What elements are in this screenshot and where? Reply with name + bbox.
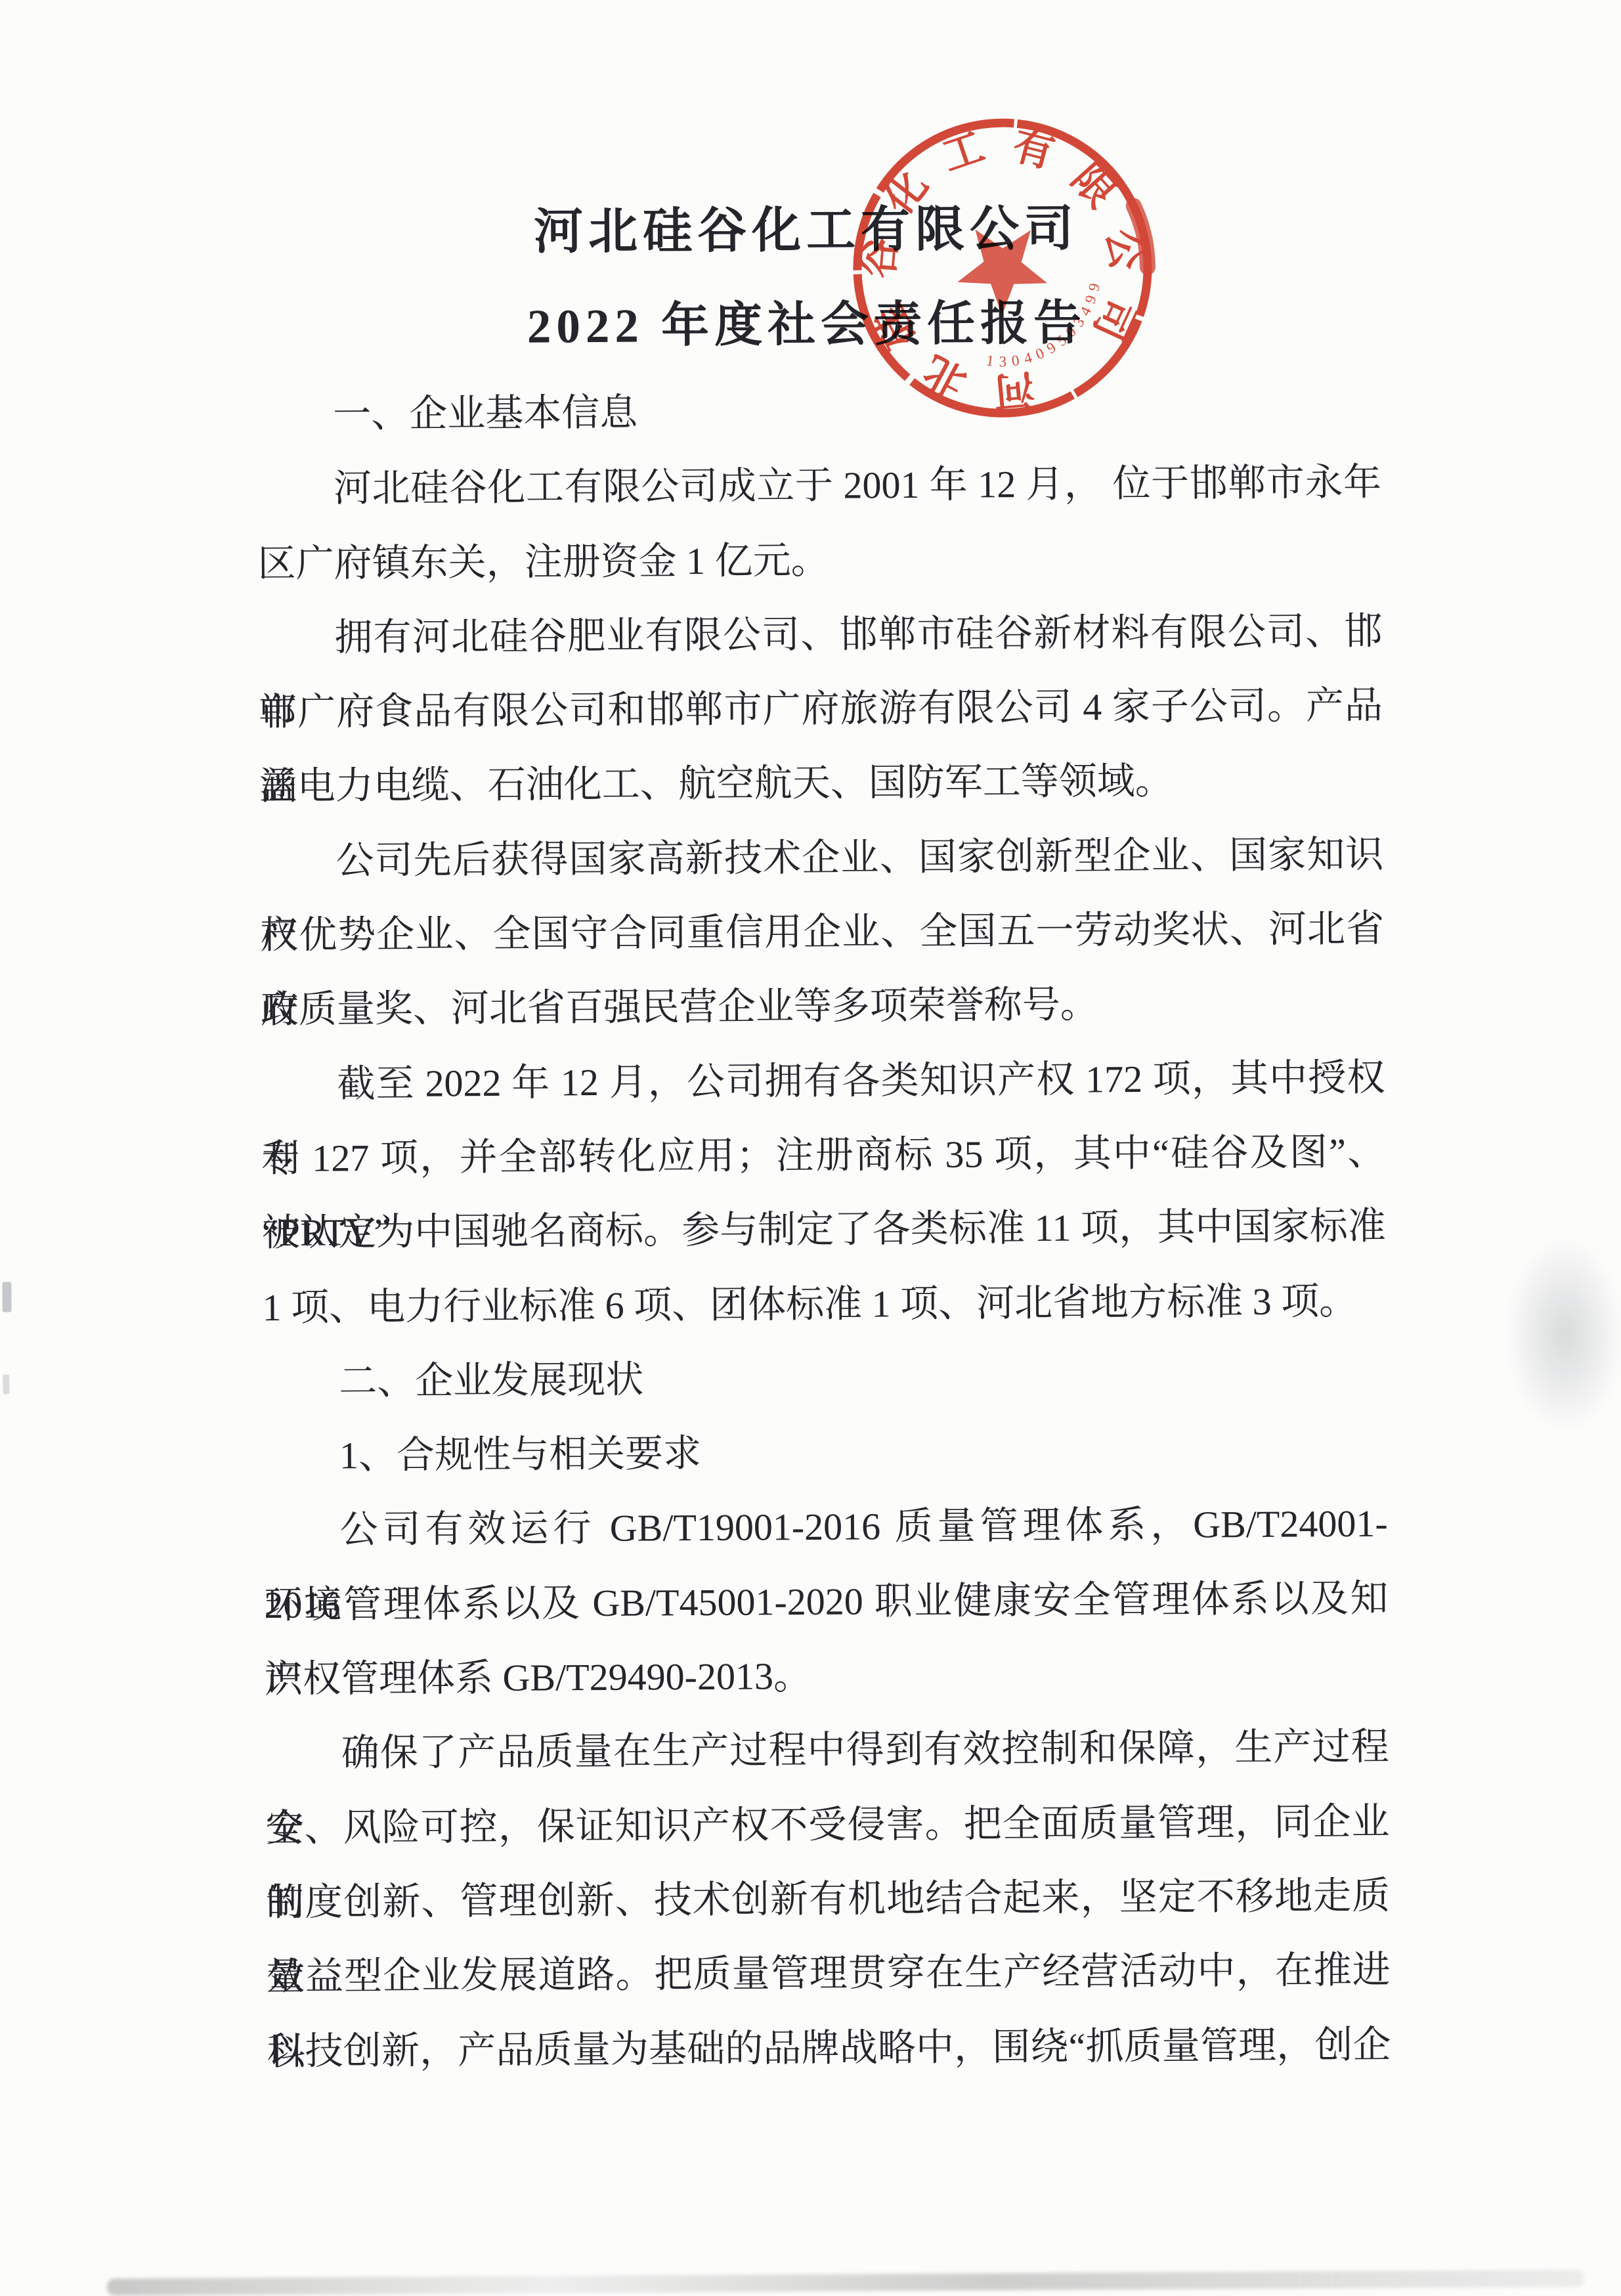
document-line: 制度创新、管理创新、技术创新有机地结合起来，坚定不移地走质量 (266, 1859, 1391, 1940)
seal-serial-digit: 1 (985, 352, 995, 369)
scan-artifact (3, 1374, 9, 1394)
seal-serial-digit: 4 (1022, 349, 1034, 367)
document-line: 确保了产品质量在生产过程中得到有效控制和保障，生产过程安 (265, 1710, 1389, 1791)
company-seal-stamp: 河北硅谷化工有限公司 130409503499 (831, 97, 1174, 440)
document-line: 区广府镇东关，注册资金 1 亿元。 (257, 519, 1382, 601)
section-heading: 一、企业基本信息 (257, 371, 1381, 452)
seal-serial-digit: 0 (1033, 345, 1047, 363)
seal-ring-char: 北 (917, 347, 974, 405)
scan-artifact (2, 1282, 11, 1312)
scan-artifact (1505, 1236, 1621, 1433)
seal-rotated-group: 河北硅谷化工有限公司 130409503499 (831, 97, 1174, 440)
document-line: 权优势企业、全国守合同重信用企业、全国五一劳动奖状、河北省政 (260, 892, 1385, 973)
document-line: 1 项、电力行业标准 6 项、团体标准 1 项、河北省地方标准 3 项。 (262, 1263, 1387, 1345)
document-line: 市广府食品有限公司和邯郸市广府旅游有限公司 4 家子公司。产品涵 (259, 668, 1383, 750)
document-line: 截至 2022 年 12 月，公司拥有各类知识产权 172 项，其中授权专 (261, 1040, 1385, 1121)
document-line: 效益型企业发展道路。把质量管理贯穿在生产经营活动中，在推进以 (266, 1933, 1391, 2014)
document-page: 河北硅谷化工有限公司 2022 年度社会责任报告 一、企业基本信息河北硅谷化工有… (0, 0, 1621, 2296)
section-heading: 1、合规性与相关要求 (263, 1412, 1388, 1494)
document-line: 拥有河北硅谷肥业有限公司、邯郸市硅谷新材料有限公司、邯郸 (258, 594, 1383, 676)
seal-serial-digit: 9 (1085, 282, 1103, 292)
section-heading: 二、企业发展现状 (263, 1338, 1387, 1419)
seal-ring-char: 谷 (857, 236, 905, 280)
seal-ring-char: 限 (1063, 156, 1123, 217)
document-line: 利 127 项，并全部转化应用；注册商标 35 项，其中“硅谷及图”、“PRTV… (261, 1115, 1386, 1196)
seal-ring-char: 化 (876, 163, 936, 223)
document-line: 盖电力电缆、石油化工、航空航天、国防军工等领域。 (259, 743, 1383, 824)
seal-ring-char: 公 (1098, 226, 1149, 273)
document-line: 全、风险可控，保证知识产权不受侵害。把全面质量管理，同企业的 (265, 1784, 1390, 1865)
document-line: 产权管理体系 GB/T29490-2013。 (265, 1635, 1389, 1717)
seal-serial-digit: 9 (1044, 339, 1059, 357)
scan-artifact (107, 2270, 1584, 2296)
seal-serial-digit: 0 (1062, 324, 1079, 340)
document-line: 科技创新，产品质量为基础的品牌战略中，围绕“抓质量管理，创企 (267, 2007, 1391, 2089)
seal-serial-digit: 0 (1010, 352, 1020, 369)
star-icon (938, 204, 1061, 325)
seal-serial-digit: 9 (1081, 293, 1099, 305)
seal-ring-char: 河 (991, 366, 1036, 414)
document-line: 河北硅谷化工有限公司成立于 2001 年 12 月， 位于邯郸市永年 (257, 445, 1382, 527)
document-line: 府质量奖、河北省百强民营企业等多项荣誉称号。 (260, 966, 1385, 1047)
report-title-year: 2022 年度社会责任报告 (0, 295, 1618, 353)
document-line: 公司先后获得国家高新技术企业、国家创新型企业、国家知识产 (259, 817, 1384, 898)
seal-serial-digit: 4 (1077, 304, 1095, 318)
document-line: 公司有效运行 GB/T19001-2016 质量管理体系，GB/T24001-2… (263, 1486, 1388, 1568)
document-line: 被认定为中国驰名商标。参与制定了各类标准 11 项，其中国家标准 (262, 1189, 1387, 1270)
seal-serial-digit: 3 (999, 353, 1007, 370)
report-title-company: 河北硅谷化工有限公司 (0, 201, 1617, 260)
seal-ring-char: 硅 (866, 298, 924, 355)
document-body: 一、企业基本信息河北硅谷化工有限公司成立于 2001 年 12 月， 位于邯郸市… (257, 371, 1391, 2089)
scanned-content: 河北硅谷化工有限公司 2022 年度社会责任报告 一、企业基本信息河北硅谷化工有… (0, 0, 1621, 2296)
document-line: 环境管理体系以及 GB/T45001-2020 职业健康安全管理体系以及知识 (264, 1561, 1389, 1642)
